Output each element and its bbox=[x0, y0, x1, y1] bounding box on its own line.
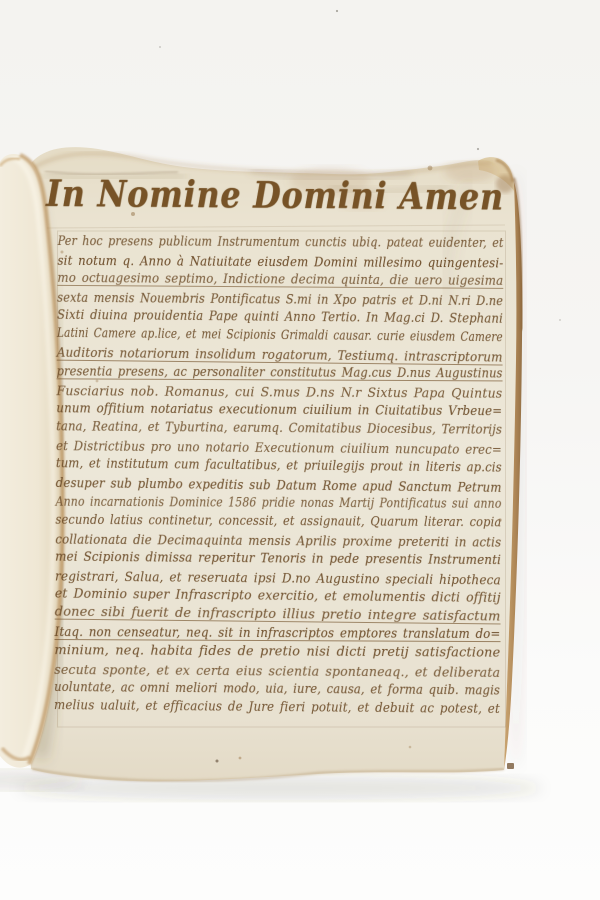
photo-scene: In Nomine Domini Amen Per hoc presens pu… bbox=[0, 0, 600, 900]
main-page bbox=[25, 147, 522, 781]
manuscript-book-photo bbox=[0, 0, 600, 900]
